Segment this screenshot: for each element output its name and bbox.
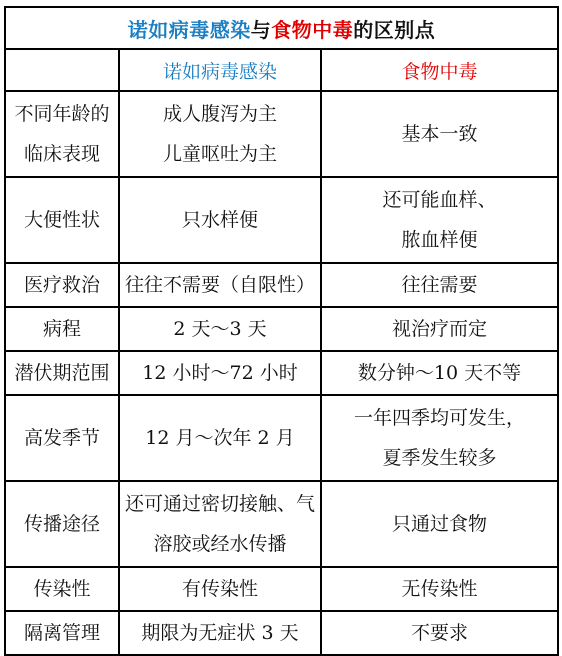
- row-label-cell: 传播途径: [5, 481, 119, 567]
- table-row-isolation-management: 隔离管理 期限为无症状 3 天 不要求: [5, 611, 558, 655]
- food-poisoning-cell: 往往需要: [321, 263, 558, 307]
- row-label-cell: 隔离管理: [5, 611, 119, 655]
- table-row-contagiousness: 传染性 有传染性 无传染性: [5, 567, 558, 611]
- table-row-transmission-route: 传播途径 还可通过密切接触、气 溶胶或经水传播 只通过食物: [5, 481, 558, 567]
- table-row-disease-course: 病程 2 天～3 天 视治疗而定: [5, 307, 558, 351]
- food-poisoning-cell: 一年四季均可发生， 夏季发生较多: [321, 395, 558, 481]
- norovirus-cell: 12 小时～72 小时: [119, 351, 321, 395]
- norovirus-cell: 期限为无症状 3 天: [119, 611, 321, 655]
- food-poisoning-cell: 只通过食物: [321, 481, 558, 567]
- title-segment-norovirus: 诺如病毒感染: [128, 18, 251, 42]
- row-label-cell: 大便性状: [5, 177, 119, 263]
- row-label-cell: 高发季节: [5, 395, 119, 481]
- row-label-cell: 潜伏期范围: [5, 351, 119, 395]
- row-label-cell: 病程: [5, 307, 119, 351]
- title-row: 诺如病毒感染与食物中毒的区别点: [5, 7, 558, 49]
- food-poisoning-cell: 视治疗而定: [321, 307, 558, 351]
- header-norovirus: 诺如病毒感染: [119, 49, 321, 91]
- norovirus-cell: 有传染性: [119, 567, 321, 611]
- title-segment-food-poisoning: 食物中毒: [271, 18, 353, 42]
- norovirus-cell: 往往不需要（自限性）: [119, 263, 321, 307]
- title-segment-and: 与: [251, 18, 272, 42]
- table-row-stool-character: 大便性状 只水样便 还可能血样、 脓血样便: [5, 177, 558, 263]
- header-row: 诺如病毒感染 食物中毒: [5, 49, 558, 91]
- food-poisoning-cell: 数分钟～10 天不等: [321, 351, 558, 395]
- norovirus-cell: 成人腹泻为主 儿童呕吐为主: [119, 91, 321, 177]
- food-poisoning-cell: 不要求: [321, 611, 558, 655]
- food-poisoning-cell: 无传染性: [321, 567, 558, 611]
- table-row-peak-season: 高发季节 12 月～次年 2 月 一年四季均可发生， 夏季发生较多: [5, 395, 558, 481]
- table-row-clinical-presentation: 不同年龄的 临床表现 成人腹泻为主 儿童呕吐为主 基本一致: [5, 91, 558, 177]
- food-poisoning-cell: 还可能血样、 脓血样便: [321, 177, 558, 263]
- title-segment-suffix: 的区别点: [353, 18, 435, 42]
- table-title: 诺如病毒感染与食物中毒的区别点: [5, 7, 558, 49]
- norovirus-cell: 还可通过密切接触、气 溶胶或经水传播: [119, 481, 321, 567]
- norovirus-cell: 12 月～次年 2 月: [119, 395, 321, 481]
- row-label-cell: 医疗救治: [5, 263, 119, 307]
- header-food-poisoning: 食物中毒: [321, 49, 558, 91]
- table-row-medical-treatment: 医疗救治 往往不需要（自限性） 往往需要: [5, 263, 558, 307]
- food-poisoning-cell: 基本一致: [321, 91, 558, 177]
- table-row-incubation-period: 潜伏期范围 12 小时～72 小时 数分钟～10 天不等: [5, 351, 558, 395]
- norovirus-cell: 2 天～3 天: [119, 307, 321, 351]
- norovirus-cell: 只水样便: [119, 177, 321, 263]
- row-label-cell: 传染性: [5, 567, 119, 611]
- row-label-cell: 不同年龄的 临床表现: [5, 91, 119, 177]
- comparison-table: 诺如病毒感染与食物中毒的区别点 诺如病毒感染 食物中毒 不同年龄的 临床表现 成…: [4, 6, 559, 656]
- header-blank-cell: [5, 49, 119, 91]
